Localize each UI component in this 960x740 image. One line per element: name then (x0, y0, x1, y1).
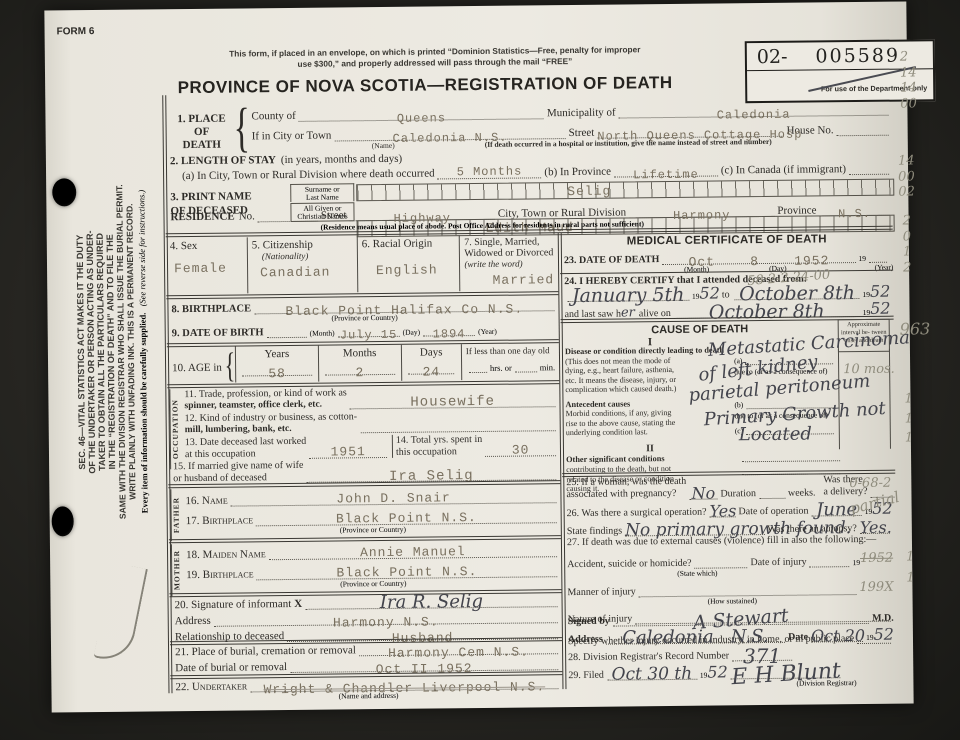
stay-a-label: (a) In City, Town or Rural Division wher… (182, 167, 435, 182)
street-label: Street (569, 127, 595, 139)
pencil-code: 0 (903, 229, 911, 245)
undertaker-field: Wright & Chandler Liverpool N.S. (250, 675, 558, 692)
residence-no-label: No. (239, 210, 255, 222)
date-of-death-label: 23. DATE OF DEATH (564, 254, 660, 266)
stay-a-value: 5 Months (457, 166, 523, 179)
pencil-tally-2: 1 1 (906, 547, 915, 589)
industry-label-1: 12. Kind of industry or business, as cot… (185, 411, 358, 424)
birthplace-value: Black Point Halifax Co N.S. (285, 303, 523, 318)
pencil-code: 1 (903, 245, 911, 261)
birthplace-field: Black Point Halifax Co N.S. (254, 297, 555, 314)
pencil-codes-mid: 2 0 1 2 (903, 213, 912, 275)
signed-by-field: A Stewart (613, 610, 869, 627)
operation-value: Yes (709, 502, 736, 521)
section-informant: 20. Signature of informant X Ira R. Seli… (174, 593, 560, 643)
pencil-code: 14 (900, 65, 917, 81)
citizenship-cell: 5. Citizenship (Nationality) Canadian (248, 236, 359, 293)
mother-name-field: Annie Manuel (269, 543, 557, 560)
place-brace: { (233, 102, 250, 157)
pencil-code: 02 (898, 185, 915, 201)
external-causes-label: 27. If death was due to external causes … (567, 534, 893, 548)
autopsy-field: Yes. (860, 520, 890, 534)
dob-year-field: 1894 (423, 322, 475, 337)
mother-name-label: 18. Maiden Name (186, 548, 266, 561)
registrar-signature: E H Blunt (730, 662, 841, 689)
alive-on-year: 52 (870, 302, 891, 317)
citizenship-value: Canadian (260, 266, 331, 280)
pencil-code: 2 (903, 213, 911, 229)
age-label: 10. AGE in { (167, 347, 235, 384)
mother-vertical-label: MOTHER (171, 544, 184, 596)
certify-from-field: January 5th (567, 287, 689, 302)
total-years-value: 30 (512, 443, 530, 456)
residence-city-value: Harmony (673, 209, 731, 222)
racial-origin-value: English (376, 263, 438, 277)
pencil-preg-code: 0-68-2 (849, 476, 891, 492)
father-name-value: John D. Snair (336, 491, 451, 505)
pencil-code: 14 (898, 153, 915, 169)
section-pregnancy: 25. If a woman, was the death associated… (566, 474, 892, 501)
filed-label: 29. Filed (568, 670, 604, 681)
trade-label-2: spinner, teamster, office clerk, etc. (184, 399, 347, 412)
residence-province-field: N.S. (819, 202, 889, 217)
punch-hole-top (52, 178, 76, 206)
age-years-value: 58 (268, 367, 286, 380)
citizenship-sublabel: (Nationality) (262, 250, 353, 261)
racial-origin-cell: 6. Racial Origin English (358, 235, 461, 292)
date-of-death-value: Oct 8 1952 (688, 254, 829, 268)
accident-field (694, 554, 747, 569)
mail-notice: This form, if placed in an envelope, on … (175, 44, 695, 72)
city-value: Caledonia N.S. (393, 132, 508, 145)
marital-label-2: Widowed or Divorced (464, 247, 554, 259)
accident-label: Accident, suicide or homicide? (567, 557, 692, 569)
operation-date-label: Date of operation (738, 506, 808, 518)
municipality-field: Caledonia (619, 102, 889, 119)
cause-c-value2: Located (739, 427, 812, 444)
stamp-number: 005589 (815, 45, 900, 68)
spouse-label-1: 15. If married give name of wife (173, 460, 303, 473)
pencil-code: 00 (900, 96, 917, 112)
dob-year-note: (Year) (478, 327, 497, 336)
signed-date-field: Oct 20 (811, 628, 863, 643)
birthplace-label: 8. BIRTHPLACE (171, 303, 251, 315)
last-worked-label-2: at this occupation (185, 447, 306, 460)
house-no-field (837, 122, 889, 137)
signed-date-label: Date (788, 632, 808, 643)
form-title: PROVINCE OF NOVA SCOTIA—REGISTRATION OF … (140, 73, 710, 99)
sidebar-footnote: Every item of information should be care… (136, 139, 150, 563)
registrar-signature-field: E H Blunt (731, 665, 841, 680)
trade-label-1: 11. Trade, profession, or kind of work a… (184, 387, 347, 400)
father-vertical-label: FATHER (170, 489, 183, 541)
stay-b-label: (b) In Province (544, 166, 611, 179)
age-label-text: 10. AGE in (172, 362, 222, 375)
burial-place-label: 21. Place of burial, cremation or remova… (175, 644, 356, 658)
section-length-of-stay: 2. LENGTH OF STAY (in years, months and … (170, 148, 892, 183)
section-date-of-birth: 9. DATE OF BIRTH (Month) July 15 (Day) 1… (172, 321, 558, 339)
dob-month-note: (Month) (310, 329, 335, 338)
stay-b-field: Lifetime (614, 162, 718, 177)
surname-value: Selig (567, 185, 611, 198)
weeks-label: weeks. (788, 487, 816, 498)
stay-a-field: 5 Months (437, 164, 541, 179)
place-label-3: DEATH (170, 139, 234, 153)
undertaker-label: 22. Undertaker (175, 680, 247, 693)
residence-street-field: Highway (349, 206, 494, 222)
residence-city-label: City, Town or Rural Division (498, 206, 626, 219)
residence-street-label: Street (321, 209, 347, 221)
municipality-label: Municipality of (547, 107, 616, 120)
date-of-death-field: Oct 8 1952 (662, 249, 855, 265)
informant-address-field: Harmony N.S. (214, 609, 558, 627)
street-value: North Queens Cottage Hosp (597, 129, 802, 143)
father-name-field: John D. Snair (231, 489, 557, 506)
operation-label: 26. Was there a surgical operation? (567, 507, 707, 519)
certify-to-label: to (722, 290, 730, 301)
total-years-label-1: 14. Total yrs. spent in (396, 434, 482, 446)
age-days-value: 24 (422, 365, 440, 378)
section-occupation-13-14: 13. Date deceased last worked at this oc… (185, 433, 559, 460)
stamp-prefix: 02- (757, 46, 788, 68)
pregnancy-value: No (691, 484, 715, 503)
stay-c-label: (c) In Canada (if immigrant) (721, 163, 846, 176)
informant-x-mark: X (294, 598, 302, 610)
occupation-vertical-label: OCCUPATION (169, 389, 182, 469)
pencil-code: 00 (898, 169, 915, 185)
age-months-label: Months (323, 347, 397, 360)
signed-date-value: Oct 20 (811, 626, 865, 646)
print-name-heading-1: 3. PRINT NAME (170, 190, 288, 205)
mother-name-value: Annie Manuel (360, 545, 466, 559)
city-label: If in City or Town (252, 130, 332, 143)
pregnancy-label-2: associated with pregnancy? (566, 488, 686, 501)
form-number-label: FORM 6 (57, 26, 95, 37)
sex-value: Female (174, 262, 227, 276)
pen-flourish (93, 562, 147, 664)
duration-label: Duration (720, 488, 756, 499)
section-occupation-11: 11. Trade, profession, or kind of work a… (184, 385, 558, 411)
rule (169, 535, 561, 543)
certify-from-value: January 5th (572, 284, 685, 307)
age-years-cell: Years 58 (235, 346, 319, 383)
marital-label-3: (write the word) (464, 258, 554, 269)
father-birthplace-label: 17. Birthplace (186, 514, 253, 527)
section-undertaker: 22. Undertaker Wright & Chandler Liverpo… (175, 675, 561, 702)
filed-date-field: Oct 30 th (607, 666, 697, 681)
surname-box-label: Surname or Last Name (290, 183, 354, 202)
informant-label: 20. Signature of informant (175, 598, 292, 611)
dob-day-note: (Day) (403, 328, 421, 337)
section-father-birthplace: 17. Birthplace Black Point N.S. (Provinc… (186, 509, 560, 536)
record-number-label: 28. Division Registrar's Record Number (568, 650, 729, 663)
n19-1: 19 (692, 292, 700, 301)
mother-birthplace-value: Black Point N.S. (336, 565, 477, 579)
burial-place-field: Harmony Cem N.S. (359, 640, 558, 656)
residence-label: RESIDENCE (170, 211, 234, 224)
pencil-interval-a: 10 mos. (843, 362, 895, 378)
citizenship-label: 5. Citizenship (252, 238, 353, 251)
dod-nineteen: 19 (858, 254, 866, 263)
signed-by-label: Signed by (568, 616, 610, 627)
racial-origin-label: 6. Racial Origin (362, 237, 456, 250)
pencil-tally-mark: 1 (906, 547, 914, 568)
residence-street-value: Highway (394, 212, 452, 225)
residence-province-value: N.S. (838, 208, 871, 220)
filed-date-value: Oct 30 th (612, 664, 693, 685)
signed-nineteen: 19 (866, 633, 874, 642)
section-burial: 21. Place of burial, cremation or remova… (175, 640, 561, 674)
sex-label: 4. Sex (170, 239, 243, 252)
industry-field (360, 418, 556, 434)
pencil-code: 2 (903, 260, 911, 276)
surname-label-2: Last Name (291, 194, 353, 203)
county-value: Queens (397, 112, 446, 125)
section-age: 10. AGE in { Years 58 Months 2 Days 24 I… (167, 343, 559, 383)
death-registration-form: FORM 6 SEC. 46—VITAL STATISTICS ACT MAKE… (44, 2, 913, 713)
certify-to-year: 52 (870, 285, 891, 300)
record-number-field: 371 (732, 647, 792, 662)
section-certify: 24. I HEREBY CERTIFY that I attended dec… (564, 273, 890, 320)
dob-month-value: July 15 (340, 329, 398, 342)
informant-signature-field: Ira R. Selig (305, 593, 557, 610)
stay-c-field (849, 161, 889, 175)
how-sustained-note: (How sustained) (708, 595, 894, 606)
section-record-number: 28. Division Registrar's Record Number 3… (568, 646, 894, 663)
total-years-field: 30 (485, 442, 556, 457)
section-father-name: 16. Name John D. Snair (185, 489, 559, 507)
last-worked-field: 1951 (309, 444, 387, 459)
length-of-stay-heading: 2. LENGTH OF STAY (170, 154, 276, 167)
age-months-value: 2 (355, 366, 364, 379)
dob-lead (266, 324, 306, 338)
dob-month-field: July 15 (337, 323, 399, 338)
medical-certificate-header: MEDICAL CERTIFICATE OF DEATH (564, 233, 890, 248)
municipality-value: Caledonia (717, 109, 791, 122)
manner-field (639, 581, 857, 597)
undertaker-value: Wright & Chandler Liverpool N.S. (263, 680, 545, 696)
pencil-tally-mark: 1 (904, 389, 912, 409)
county-label: County of (251, 110, 295, 122)
place-of-death-label: 1. PLACE OF DEATH (169, 113, 233, 153)
sidebar-footnote-aside: (See reverse side for instructions.) (136, 190, 147, 307)
name-note: (Name) (372, 141, 395, 150)
pencil-code: 14 (900, 81, 917, 97)
last-worked-label-1: 13. Date deceased last worked (185, 436, 306, 449)
sidebar-rotated-notice: SEC. 46—VITAL STATISTICS ACT MAKES IT TH… (74, 140, 142, 565)
trade-value: Housewife (410, 395, 495, 410)
certify-from-year: 52 (699, 286, 720, 301)
signed-date-year: 52 (873, 628, 894, 643)
pencil-tally: 1 1 1 (904, 389, 913, 448)
injury-nineteen: 19 (853, 558, 861, 567)
section-operation: 26. Was there a surgical operation? Yes … (567, 502, 893, 538)
pencil-injury-year: 1952 (860, 551, 893, 567)
residence-no-field (258, 208, 318, 223)
pregnancy-field: No (689, 486, 717, 500)
sex-cell: 4. Sex Female (166, 237, 249, 294)
physician-address-label: Address (568, 634, 603, 645)
pencil-tally-mark: 1 (905, 428, 913, 448)
marital-status-cell: 7. Single, Married, Widowed or Divorced … (460, 234, 558, 291)
informant-address-label: Address (175, 615, 211, 627)
section-signed: Signed by A Stewart M.D. Address Caledon… (568, 610, 894, 646)
street-field: North Queens Cottage Hosp (597, 123, 783, 139)
age-less-label: If less than one day old (466, 345, 555, 356)
pencil-injury-code: 199X (859, 579, 893, 595)
punch-hole-bottom (52, 506, 74, 536)
section-filed: 29. Filed Oct 30 th 19 52 E H Blunt (Div… (568, 664, 894, 691)
burial-place-value: Harmony Cem N.S. (388, 645, 529, 659)
age-min-label: min. (540, 362, 555, 372)
section-birthplace: 8. BIRTHPLACE Black Point Halifax Co N.S… (171, 297, 557, 324)
marital-value: Married (493, 273, 555, 287)
duration-field (759, 485, 785, 499)
section-mother-birthplace: 19. Birthplace Black Point N.S. (Provinc… (186, 563, 560, 590)
md-label: M.D. (872, 613, 894, 624)
age-days-label: Days (405, 346, 457, 359)
pencil-codes-top: 2 14 14 00 (900, 49, 917, 112)
place-label-1: 1. PLACE (169, 113, 233, 127)
burial-date-label: Date of burial or removal (175, 661, 287, 674)
pencil-tally-mark: 1 (906, 568, 914, 589)
residence-province-label: Province (777, 204, 816, 216)
trade-field: Housewife (350, 394, 556, 410)
filed-year: 52 (707, 665, 728, 680)
father-birthplace-value: Black Point N.S. (336, 511, 477, 525)
section-mother-name: 18. Maiden Name Annie Manuel (186, 543, 560, 561)
section-sex-citizenship: 4. Sex Female 5. Citizenship (Nationalit… (166, 234, 559, 294)
state-which-note: (State which) (677, 566, 893, 577)
sidebar-footnote-text: Every item of information should be care… (138, 313, 150, 514)
age-less-cell: If less than one day old hrs. or min. (462, 343, 559, 380)
n19-2: 19 (862, 290, 870, 299)
injury-date-field (809, 553, 849, 567)
injury-date-label: Date of injury (750, 556, 806, 568)
date-of-birth-label: 9. DATE OF BIRTH (172, 327, 264, 339)
total-years-label-2: this occupation (396, 445, 482, 457)
age-months-cell: Months 2 (319, 345, 402, 382)
section-place-of-death: 1. PLACE OF DEATH { County of Queens Mun… (169, 102, 891, 110)
industry-label-2: mill, lumbering, bank, etc. (185, 423, 358, 436)
length-of-stay-note: (in years, months and days) (281, 153, 402, 166)
pencil-codes-canada: 14 00 02 (898, 153, 915, 200)
father-name-label: 16. Name (185, 495, 227, 507)
manner-label: Manner of injury (567, 587, 635, 599)
residence-city-field: Harmony (629, 203, 774, 219)
pencil-tally-mark: 1 (905, 409, 913, 429)
dob-year-value: 1894 (433, 328, 466, 340)
mother-birthplace-label: 19. Birthplace (186, 568, 253, 581)
filed-nineteen: 19 (700, 671, 708, 680)
last-worked-value: 1951 (330, 445, 365, 458)
county-field: Queens (299, 105, 544, 122)
informant-address-value: Harmony N.S. (333, 615, 439, 629)
pencil-code: 2 (900, 49, 917, 65)
operation-field: Yes (709, 504, 735, 518)
age-hrs-label: hrs. or (490, 363, 512, 373)
age-brace: { (224, 348, 235, 383)
age-years-label: Years (240, 348, 314, 361)
surname-grid: Selig (356, 179, 894, 202)
place-label-2: OF (170, 126, 234, 140)
age-days-cell: Days 24 (401, 344, 462, 381)
section-occupation-12: 12. Kind of industry or business, as cot… (185, 409, 559, 435)
